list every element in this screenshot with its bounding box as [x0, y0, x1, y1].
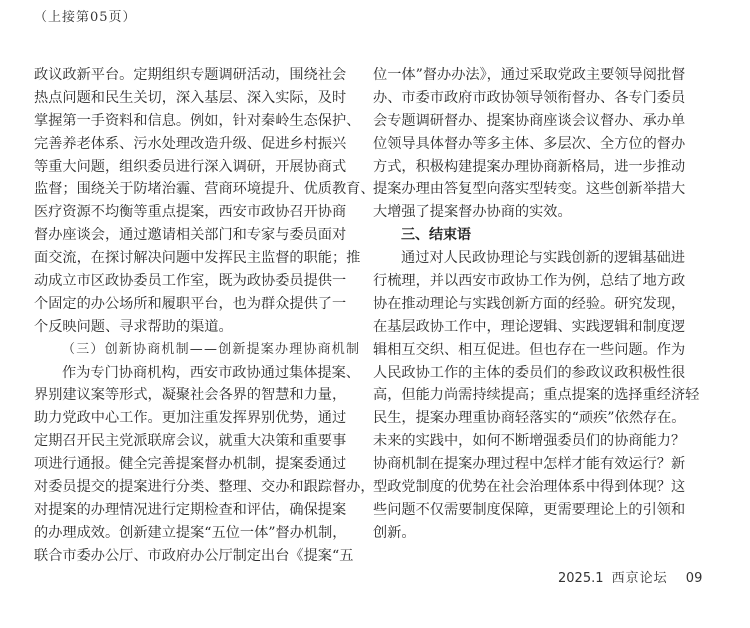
body-line: 提案办理由答复型向落实型转变。这些创新举措大 [373, 178, 685, 201]
body-line: 对提案的办理情况进行定期检查和评估，确保提案 [34, 499, 346, 522]
body-line: 督办座谈会，通过邀请相关部门和专家与委员面对 [34, 224, 346, 247]
body-line: 界别建议案等形式，凝聚社会各界的智慧和力量， [34, 384, 346, 407]
body-line: 方式，积极构建提案办理协商新格局，进一步推动 [373, 156, 685, 179]
body-line: 监督；围绕关于防堵治霾、营商环境提升、优质教育、 [34, 178, 346, 201]
body-line: 面交流，在探讨解决问题中发挥民主监督的职能；推 [34, 247, 346, 270]
body-line: 热点问题和民生关切，深入基层、深入实际，及时 [34, 87, 346, 110]
body-line: 协商机制在提案办理过程中怎样才能有效运行？新 [373, 453, 685, 476]
body-line: 通过对人民政协理论与实践创新的逻辑基础进 [373, 247, 685, 270]
body-line: 的办理成效。创新建立提案“五位一体”督办机制， [34, 522, 346, 545]
body-line: 政议政新平台。定期组织专题调研活动，围绕社会 [34, 64, 346, 87]
body-line: 位领导具体督办等多主体、多层次、全方位的督办 [373, 133, 685, 156]
body-line: 人民政协工作的主体的委员们的参政议政积极性很 [373, 362, 685, 385]
body-line: 等重大问题，组织委员进行深入调研，开展协商式 [34, 156, 346, 179]
body-line: 完善养老体系、污水处理改造升级、促进乡村振兴 [34, 133, 346, 156]
body-line: 医疗资源不均衡等重点提案，西安市政协召开协商 [34, 201, 346, 224]
section-heading: 三、结束语 [373, 224, 685, 247]
right-column: 位一体”督办办法》，通过采取党政主要领导阅批督 办、市委市政府市政协领导领衔督办… [373, 64, 685, 545]
body-line: 创新。 [373, 522, 685, 545]
body-line: 助力党政中心工作。更加注重发挥界别优势，通过 [34, 407, 346, 430]
body-line: 大增强了提案督办协商的实效。 [373, 201, 685, 224]
page-footer: 2025.1 西京论坛 09 [558, 567, 702, 586]
body-line: 些问题不仅需要制度保障，更需要理论上的引领和 [373, 499, 685, 522]
body-line: 掌握第一手资料和信息。例如，针对秦岭生态保护、 [34, 110, 346, 133]
left-column: 政议政新平台。定期组织专题调研活动，围绕社会 热点问题和民生关切，深入基层、深入… [34, 64, 346, 568]
issue-number: 2025.1 [558, 571, 604, 586]
body-line: 未来的实践中，如何不断增强委员们的协商能力？ [373, 430, 685, 453]
body-line: 联合市委办公厅、市政府办公厅制定出台《提案“五 [34, 545, 346, 568]
body-line: 办、市委市政府市政协领导领衔督办、各专门委员 [373, 87, 685, 110]
page-number: 09 [686, 571, 703, 586]
body-line: 动成立市区政协委员工作室，既为政协委员提供一 [34, 270, 346, 293]
body-line: 位一体”督办办法》，通过采取党政主要领导阅批督 [373, 64, 685, 87]
body-line: 协在推动理论与实践创新方面的经验。研究发现， [373, 293, 685, 316]
body-line: 行梳理，并以西安市政协工作为例，总结了地方政 [373, 270, 685, 293]
body-line: 个固定的办公场所和履职平台，也为群众提供了一 [34, 293, 346, 316]
body-line: 会专题调研督办、提案协商座谈会议督办、承办单 [373, 110, 685, 133]
body-line: 高，但能力尚需持续提高；重点提案的选择重经济轻 [373, 384, 685, 407]
body-line: 个反映问题、寻求帮助的渠道。 [34, 316, 346, 339]
body-line: 定期召开民主党派联席会议，就重大决策和重要事 [34, 430, 346, 453]
continued-from-note: （上接第05页） [34, 6, 137, 25]
body-line: 型政党制度的优势在社会治理体系中得到体现？这 [373, 476, 685, 499]
body-line: 辑相互交织、相互促进。但也存在一些问题。作为 [373, 339, 685, 362]
journal-name: 西京论坛 [612, 571, 668, 586]
body-line: 对委员提交的提案进行分类、整理、交办和跟踪督办， [34, 476, 346, 499]
subsection-heading: （三）创新协商机制——创新提案办理协商机制 [34, 339, 346, 362]
body-line: 在基层政协工作中，理论逻辑、实践逻辑和制度逻 [373, 316, 685, 339]
body-line: 项进行通报。健全完善提案督办机制，提案委通过 [34, 453, 346, 476]
body-line: 作为专门协商机构，西安市政协通过集体提案、 [34, 362, 346, 385]
body-line: 民生，提案办理重协商轻落实的“顽疾”依然存在。 [373, 407, 685, 430]
